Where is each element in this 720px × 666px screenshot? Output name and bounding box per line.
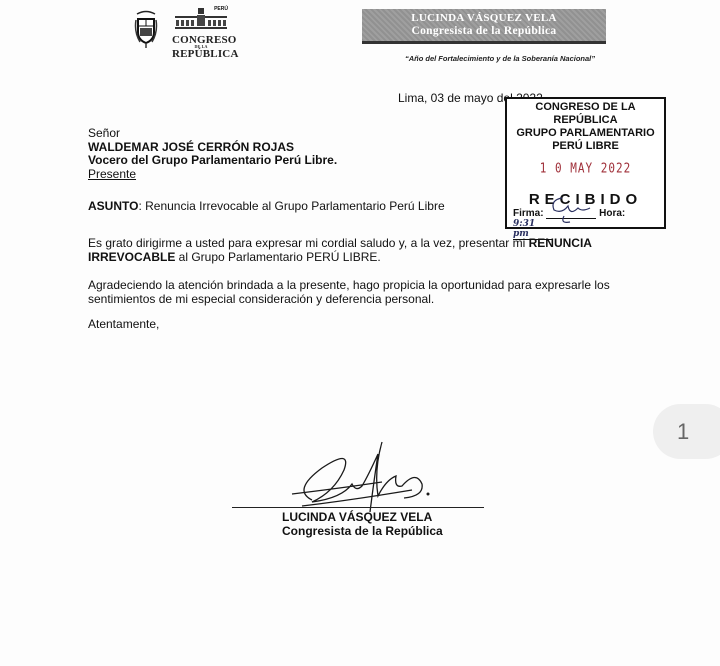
p1-text-c: al Grupo Parlamentario PERÚ LIBRE. — [175, 250, 380, 264]
signer-block: LUCINDA VÁSQUEZ VELA Congresista de la R… — [282, 510, 443, 538]
congreso-logo: PERÚ CONGRESO DE LA REPÚBLICA — [172, 8, 230, 60]
page-number-badge[interactable]: 1 — [653, 404, 720, 459]
recipient-role: Vocero del Grupo Parlamentario Perú Libr… — [88, 154, 337, 168]
logo-peru-label: PERÚ — [214, 6, 228, 12]
logo-line-3: REPÚBLICA — [172, 48, 239, 60]
stamp-line-3: PERÚ LIBRE — [507, 140, 664, 153]
year-motto: “Año del Fortalecimiento y de la Soberan… — [380, 54, 620, 63]
banner-title: Congresista de la República — [362, 25, 606, 38]
hora-label: Hora: — [599, 208, 625, 219]
handwritten-initial-icon — [548, 194, 596, 224]
peru-coat-of-arms-icon — [134, 10, 158, 50]
p1-text-a: Es grato dirigirme a usted para expresar… — [88, 236, 529, 250]
recipient-block: Señor WALDEMAR JOSÉ CERRÓN ROJAS Vocero … — [88, 127, 337, 181]
closing: Atentamente, — [88, 318, 648, 332]
presente: Presente — [88, 168, 337, 182]
handwritten-signature-icon — [282, 440, 442, 520]
subject-label: ASUNTO — [88, 199, 138, 213]
subject-text: : Renuncia Irrevocable al Grupo Parlamen… — [138, 199, 444, 213]
subject-line: ASUNTO: Renuncia Irrevocable al Grupo Pa… — [88, 199, 445, 213]
body-paragraph-1: Es grato dirigirme a usted para expresar… — [88, 237, 648, 264]
firma-label: Firma: — [513, 208, 544, 219]
body-paragraph-2: Agradeciendo la atención brindada a la p… — [88, 279, 648, 306]
signer-title: Congresista de la República — [282, 524, 443, 538]
received-stamp: CONGRESO DE LA REPÚBLICA GRUPO PARLAMENT… — [505, 97, 666, 229]
banner-name: LUCINDA VÁSQUEZ VELA — [362, 11, 606, 25]
stamp-line-2: GRUPO PARLAMENTARIO — [507, 127, 664, 140]
firma-line — [546, 208, 596, 219]
signature-line — [232, 507, 484, 508]
signer-name: LUCINDA VÁSQUEZ VELA — [282, 510, 443, 524]
stamp-line-1: CONGRESO DE LA REPÚBLICA — [507, 101, 664, 127]
recipient-name: WALDEMAR JOSÉ CERRÓN ROJAS — [88, 141, 337, 155]
salutation: Señor — [88, 127, 337, 141]
header-banner: LUCINDA VÁSQUEZ VELA Congresista de la R… — [362, 9, 606, 44]
stamp-date: 1 0 MAY 2022 — [507, 161, 664, 177]
